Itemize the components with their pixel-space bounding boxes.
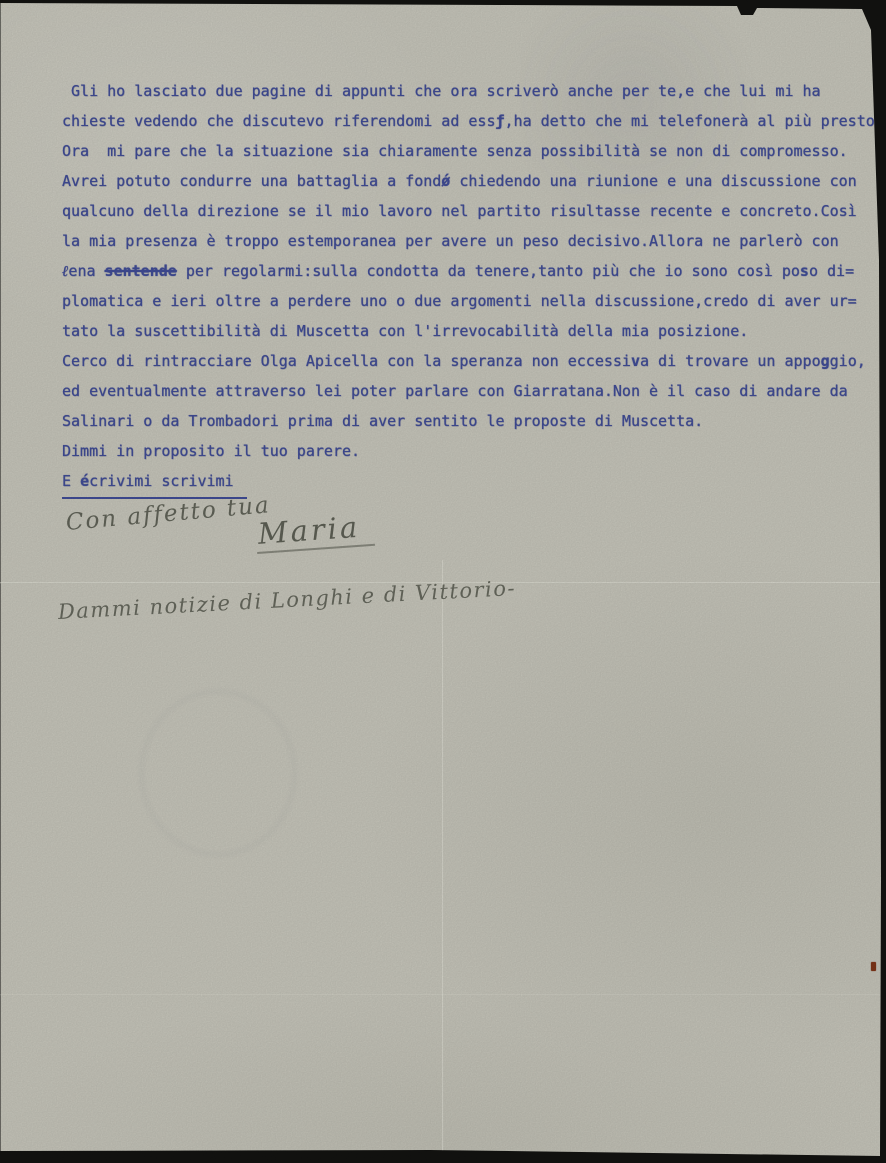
text-segment: qualcuno della direzione se il mio lavor… — [62, 202, 857, 220]
typed-line: Avrei potuto condurre una battaglia a fo… — [62, 166, 884, 196]
text-segment: per regolarmi:sulla condotta da tenere,t… — [177, 262, 800, 280]
overstruck-character: v — [631, 352, 640, 370]
typed-line-underlined: E écrivimi scrivimi — [62, 466, 247, 499]
typed-line: Gli ho lasciato due pagine di appunti ch… — [62, 76, 884, 106]
typed-line: ed eventualmente attraverso lei poter pa… — [62, 376, 884, 406]
text-segment: ,ha detto che mi telefonerà al più prest… — [505, 112, 884, 130]
paper-left-edge-shadow — [0, 0, 1, 1163]
letter-paper: Gli ho lasciato due pagine di appunti ch… — [0, 0, 886, 1163]
typed-line: Dimmi in proposito il tuo parere. — [62, 436, 884, 466]
text-segment: o di= — [809, 262, 854, 280]
ink-ghost-imprint — [140, 690, 296, 856]
scanned-letter-page: Gli ho lasciato due pagine di appunti ch… — [0, 0, 886, 1163]
text-segment: a di trovare un appo — [640, 352, 821, 370]
text-segment: Cerco di rintracciare Olga Apicella con … — [62, 352, 631, 370]
text-segment: Salinari o da Trombadori prima di aver s… — [62, 412, 703, 430]
overstruck-character: g — [821, 352, 830, 370]
typed-text-block: Gli ho lasciato due pagine di appunti ch… — [62, 76, 884, 499]
text-segment: Dimmi in proposito il tuo parere. — [62, 442, 360, 460]
text-segment: E — [62, 472, 80, 490]
text-segment: plomatica e ieri oltre a perdere uno o d… — [62, 292, 857, 310]
text-segment: la mia presenza è troppo estemporanea pe… — [62, 232, 839, 250]
horizontal-fold-crease — [0, 994, 880, 996]
overstruck-character: ǿ — [441, 172, 450, 190]
text-segment: gio, — [830, 352, 866, 370]
typed-line: qualcuno della direzione se il mio lavor… — [62, 196, 884, 226]
handwritten-signature: Maria — [255, 509, 376, 554]
typed-line: chieste vedendo che discutevo riferendom… — [62, 106, 884, 136]
text-segment: ed eventualmente attraverso lei poter pa… — [62, 382, 848, 400]
typed-line: Ora mi pare che la situazione sia chiara… — [62, 136, 884, 166]
struck-out-word: sentende — [105, 262, 177, 280]
overstruck-character: s — [800, 262, 809, 280]
handwritten-postscript: Dammi notizie di Longhi e di Vittorio- — [57, 576, 516, 624]
overstruck-character: ƒ — [495, 112, 504, 130]
typed-line: tato la suscettibilità di Muscetta con l… — [62, 316, 884, 346]
text-segment: ena — [68, 262, 104, 280]
text-segment: chieste vedendo che discutevo riferendom… — [62, 112, 495, 130]
text-segment: chiedendo una riunione e una discussione… — [450, 172, 856, 190]
typed-line: plomatica e ieri oltre a perdere uno o d… — [62, 286, 884, 316]
text-segment: crivimi scrivimi — [89, 472, 234, 490]
typed-line: ℓena sentende per regolarmi:sulla condot… — [62, 256, 884, 286]
text-segment: Gli ho lasciato due pagine di appunti ch… — [62, 82, 821, 100]
red-ink-speck — [871, 962, 876, 971]
typed-line: la mia presenza è troppo estemporanea pe… — [62, 226, 884, 256]
text-segment: Ora mi pare che la situazione sia chiara… — [62, 142, 848, 160]
typed-line: Cerco di rintracciare Olga Apicella con … — [62, 346, 884, 376]
typed-line: Salinari o da Trombadori prima di aver s… — [62, 406, 884, 436]
text-segment: tato la suscettibilità di Muscetta con l… — [62, 322, 748, 340]
vertical-fold-crease — [442, 560, 444, 1153]
text-segment: Avrei potuto condurre una battaglia a fo… — [62, 172, 441, 190]
overstruck-character: é — [80, 472, 89, 490]
